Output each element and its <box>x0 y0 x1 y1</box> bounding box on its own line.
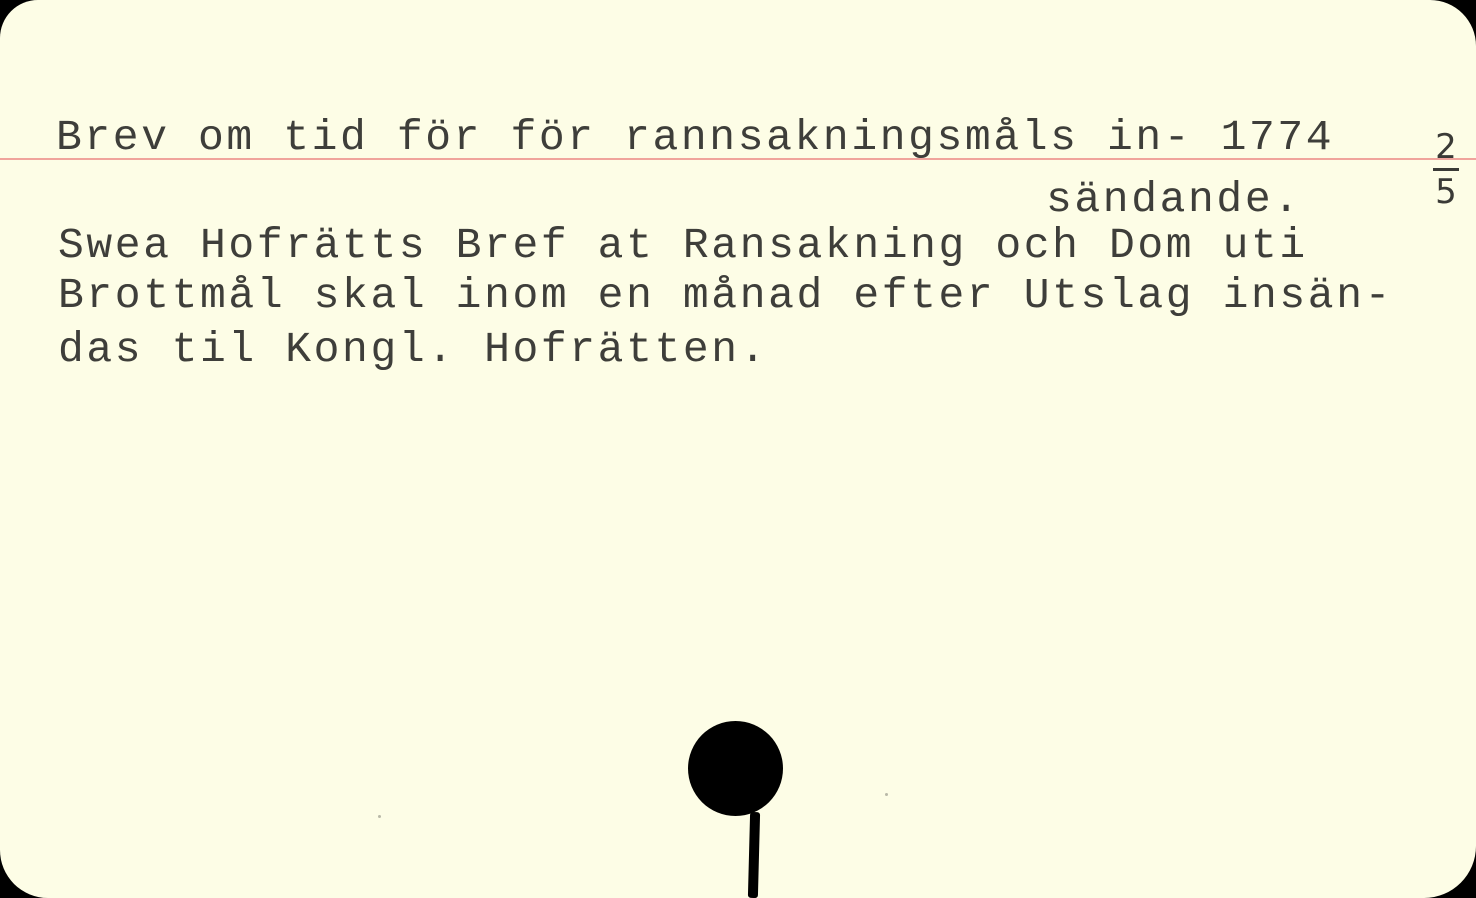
fraction-denominator: 5 <box>1428 175 1464 209</box>
paper-speck <box>378 815 381 818</box>
card-heading-line-2: sändande. <box>1046 178 1302 221</box>
filing-fraction: 2 5 <box>1428 130 1464 209</box>
punch-hole <box>688 721 783 816</box>
card-body-line-2: Brottmål skal inom en månad efter Utslag… <box>58 274 1393 317</box>
card-body-line-3: das til Kongl. Hofrätten. <box>58 328 768 371</box>
fraction-bar <box>1433 168 1459 171</box>
fraction-numerator: 2 <box>1428 130 1464 164</box>
card-heading-line-1: Brev om tid för för rannsakningsmåls in-… <box>56 116 1334 159</box>
filing-rod <box>748 812 760 898</box>
card-body-line-1: Swea Hofrätts Bref at Ransakning och Dom… <box>58 224 1308 267</box>
index-card: Brev om tid för för rannsakningsmåls in-… <box>0 0 1476 898</box>
paper-speck <box>885 793 888 796</box>
